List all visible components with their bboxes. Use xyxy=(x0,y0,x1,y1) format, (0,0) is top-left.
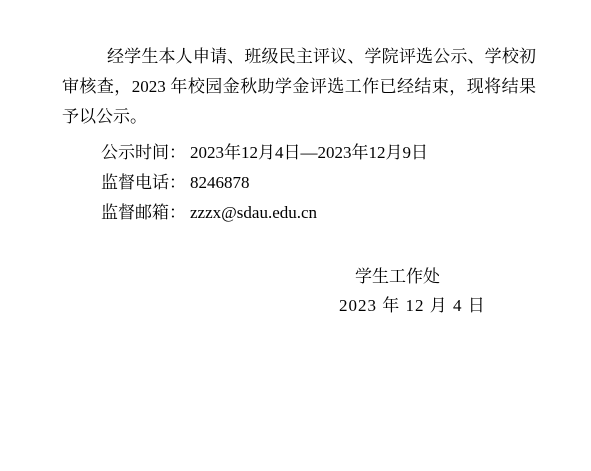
supervision-phone-line: 监督电话：8246878 xyxy=(101,168,428,198)
details-block: 公示时间：2023年12月4日—2023年12月9日 监督电话：8246878 … xyxy=(101,138,428,228)
signature-date: 2023 年 12 月 4 日 xyxy=(339,291,486,321)
signature-organization: 学生工作处 xyxy=(355,262,440,292)
supervision-phone-label: 监督电话： xyxy=(101,173,186,192)
supervision-email-label: 监督邮箱： xyxy=(101,203,186,222)
document-page: 经学生本人申请、班级民主评议、学院评选公示、学校初审核查，2023 年校园金秋助… xyxy=(0,0,591,471)
supervision-email-value: zzzx@sdau.edu.cn xyxy=(190,203,317,222)
supervision-email-line: 监督邮箱：zzzx@sdau.edu.cn xyxy=(101,198,428,228)
supervision-phone-value: 8246878 xyxy=(190,173,250,192)
publicity-period-value: 2023年12月4日—2023年12月9日 xyxy=(190,143,428,162)
announcement-paragraph: 经学生本人申请、班级民主评议、学院评选公示、学校初审核查，2023 年校园金秋助… xyxy=(62,42,536,132)
publicity-period-line: 公示时间：2023年12月4日—2023年12月9日 xyxy=(101,138,428,168)
publicity-period-label: 公示时间： xyxy=(101,143,186,162)
